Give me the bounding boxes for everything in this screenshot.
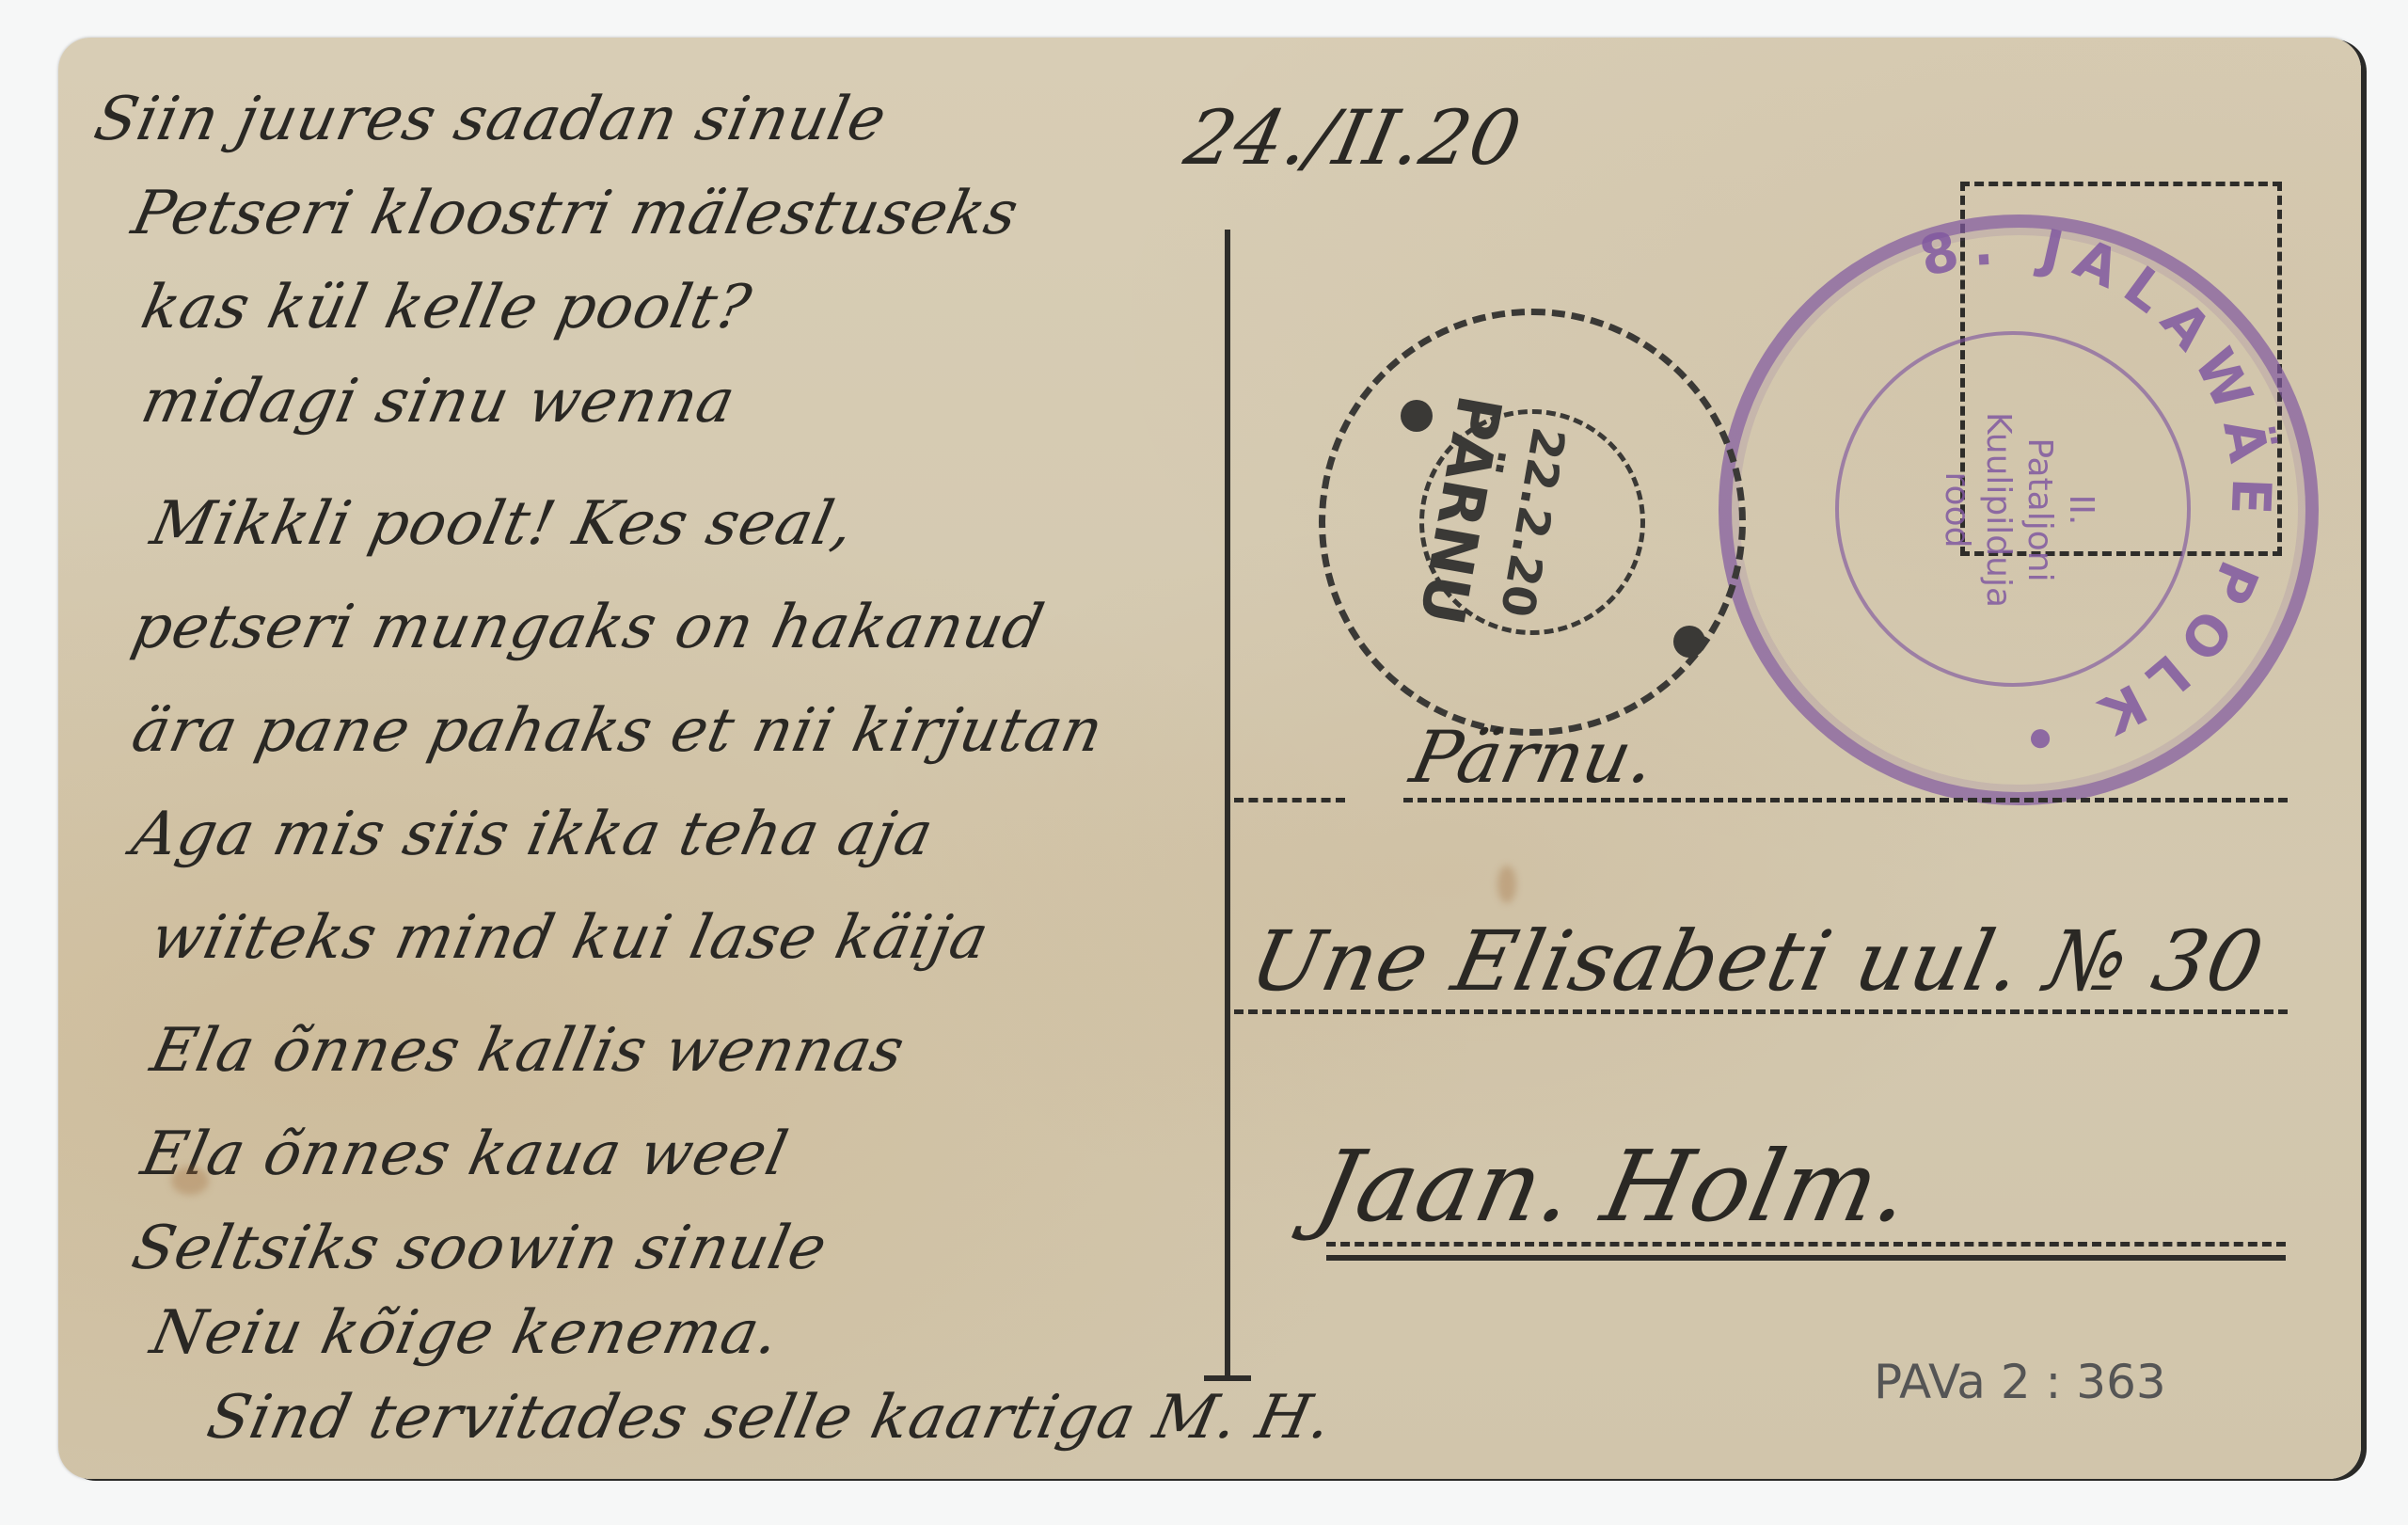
address-line-1-left xyxy=(1234,798,1345,802)
message-line: Ela õnnes kaua weel xyxy=(135,1120,794,1189)
message-line: petseri mungaks on hakanud xyxy=(126,593,1050,662)
message-line: Siin juures saadan sinule xyxy=(88,85,893,154)
message-line: Sind tervitades selle kaartiga M. H. xyxy=(201,1383,1339,1453)
postmark-dot xyxy=(1673,626,1705,658)
seal-line: rood xyxy=(1936,412,1977,608)
military-seal: 8. JALAWÄE POLK • II. Pataljoni Kuulipil… xyxy=(1719,214,2319,805)
message-line: midagi sinu wenna xyxy=(135,367,741,437)
message-line: wiiteks mind kui lase käija xyxy=(145,903,995,973)
archive-reference: PAVa 2 : 363 xyxy=(1874,1355,2166,1409)
stain xyxy=(171,1167,209,1195)
seal-line: Pataljoni xyxy=(2019,412,2060,608)
message-line: Petseri kloostri mälestuseks xyxy=(126,179,1024,248)
postmark: 22.2.20 PÄRNU xyxy=(1319,309,1746,736)
stain xyxy=(1497,866,1516,903)
message-line: Mikkli poolt! Kes seal, xyxy=(145,489,861,559)
address-underline xyxy=(1326,1255,2286,1261)
seal-line: II. xyxy=(2060,412,2101,608)
message-line: Aga mis siis ikka teha aja xyxy=(126,800,940,869)
address-street: Une Elisabeti uul. № 30 xyxy=(1243,913,2273,1009)
seal-line: Kuulipilduja xyxy=(1977,412,2019,608)
message-line: kas kül kelle poolt? xyxy=(135,273,757,342)
message-line: Seltsiks soowin sinule xyxy=(126,1214,833,1283)
date: 24./II.20 xyxy=(1178,94,1529,182)
seal-center-text: II. Pataljoni Kuulipilduja rood xyxy=(1936,412,2101,608)
message-line: Neiu kõige kenema. xyxy=(145,1298,786,1368)
message-line: Ela õnnes kallis wennas xyxy=(145,1016,911,1086)
divider-foot xyxy=(1204,1375,1251,1381)
message-line: ära pane pahaks et nii kirjutan xyxy=(126,696,1109,766)
vertical-divider xyxy=(1225,230,1230,1377)
address-recipient: Jaan. Holm. xyxy=(1307,1129,1922,1244)
address-city: Pärnu. xyxy=(1404,715,1664,799)
address-line-2 xyxy=(1234,1009,2288,1014)
postmark-dot xyxy=(1401,400,1433,432)
postcard: Siin juures saadan sinule Petseri kloost… xyxy=(58,38,2361,1479)
